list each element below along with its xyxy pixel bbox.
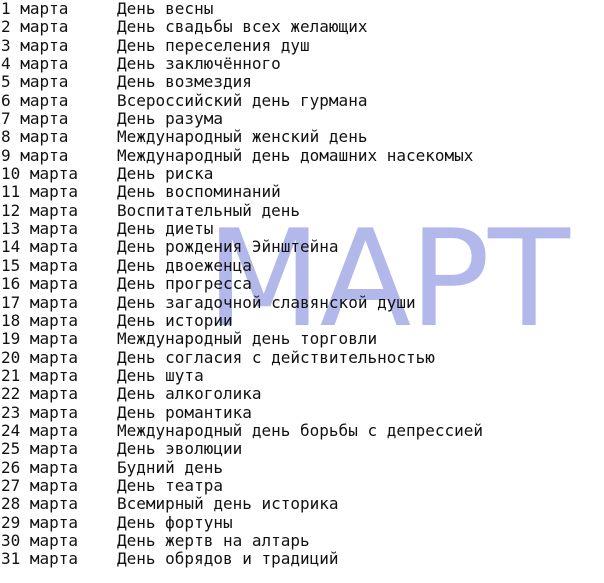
holiday-name: День свадьбы всех желающих bbox=[117, 18, 367, 36]
holiday-name: День возмездия bbox=[117, 73, 252, 91]
date-label: 21 марта bbox=[1, 367, 78, 385]
date-label: 17 марта bbox=[1, 294, 78, 312]
date-label: 22 марта bbox=[1, 385, 78, 403]
holiday-name: День истории bbox=[117, 312, 233, 330]
date-label: 19 марта bbox=[1, 330, 78, 348]
holiday-name: День романтика bbox=[117, 404, 252, 422]
date-label: 9 марта bbox=[1, 147, 68, 165]
date-label: 31 марта bbox=[1, 550, 78, 568]
date-label: 25 марта bbox=[1, 440, 78, 458]
date-label: 12 марта bbox=[1, 202, 78, 220]
holiday-name: День двоеженца bbox=[117, 257, 252, 275]
date-label: 28 марта bbox=[1, 495, 78, 513]
holiday-name: День весны bbox=[117, 0, 213, 18]
date-label: 11 марта bbox=[1, 183, 78, 201]
date-label: 1 марта bbox=[1, 0, 68, 18]
holiday-name: День загадочной славянской души bbox=[117, 294, 416, 312]
date-label: 13 марта bbox=[1, 220, 78, 238]
date-label: 26 марта bbox=[1, 459, 78, 477]
date-label: 24 марта bbox=[1, 422, 78, 440]
holiday-name: День разума bbox=[117, 110, 223, 128]
holiday-name: Воспитательный день bbox=[117, 202, 300, 220]
holiday-name: День диеты bbox=[117, 220, 213, 238]
holiday-name: День согласия с действительностью bbox=[117, 349, 435, 367]
holiday-name: День воспоминаний bbox=[117, 183, 281, 201]
date-label: 10 марта bbox=[1, 165, 78, 183]
date-label: 3 марта bbox=[1, 37, 68, 55]
holiday-name: Международный день борьбы с депрессией bbox=[117, 422, 483, 440]
date-label: 20 марта bbox=[1, 349, 78, 367]
watermark-month: МАРТ bbox=[206, 212, 568, 346]
holiday-name: День заключённого bbox=[117, 55, 281, 73]
holiday-name: День шута bbox=[117, 367, 204, 385]
holiday-name: День эволюции bbox=[117, 440, 242, 458]
date-label: 14 марта bbox=[1, 238, 78, 256]
holiday-name: Будний день bbox=[117, 459, 223, 477]
holiday-name: День рождения Эйнштейна bbox=[117, 238, 339, 256]
holiday-name: День алкоголика bbox=[117, 385, 262, 403]
holiday-name: День театра bbox=[117, 477, 223, 495]
date-label: 8 марта bbox=[1, 128, 68, 146]
date-label: 4 марта bbox=[1, 55, 68, 73]
date-label: 23 марта bbox=[1, 404, 78, 422]
holiday-name: Всемирный день историка bbox=[117, 495, 339, 513]
date-label: 7 марта bbox=[1, 110, 68, 128]
holiday-name: Всероссийский день гурмана bbox=[117, 92, 367, 110]
holiday-name: Международный женский день bbox=[117, 128, 367, 146]
holiday-name: День прогресса bbox=[117, 275, 252, 293]
holiday-name: День фортуны bbox=[117, 514, 233, 532]
date-label: 30 марта bbox=[1, 532, 78, 550]
holiday-name: Международный день торговли bbox=[117, 330, 377, 348]
date-label: 15 марта bbox=[1, 257, 78, 275]
date-label: 29 марта bbox=[1, 514, 78, 532]
date-label: 16 марта bbox=[1, 275, 78, 293]
date-label: 2 марта bbox=[1, 18, 68, 36]
date-label: 5 марта bbox=[1, 73, 68, 91]
holiday-name: День переселения душ bbox=[117, 37, 310, 55]
date-label: 18 марта bbox=[1, 312, 78, 330]
holiday-name: День обрядов и традиций bbox=[117, 550, 339, 568]
holiday-name: День жертв на алтарь bbox=[117, 532, 310, 550]
date-label: 27 марта bbox=[1, 477, 78, 495]
holiday-name: День риска bbox=[117, 165, 213, 183]
date-label: 6 марта bbox=[1, 92, 68, 110]
holiday-name: Международный день домашних насекомых bbox=[117, 147, 473, 165]
